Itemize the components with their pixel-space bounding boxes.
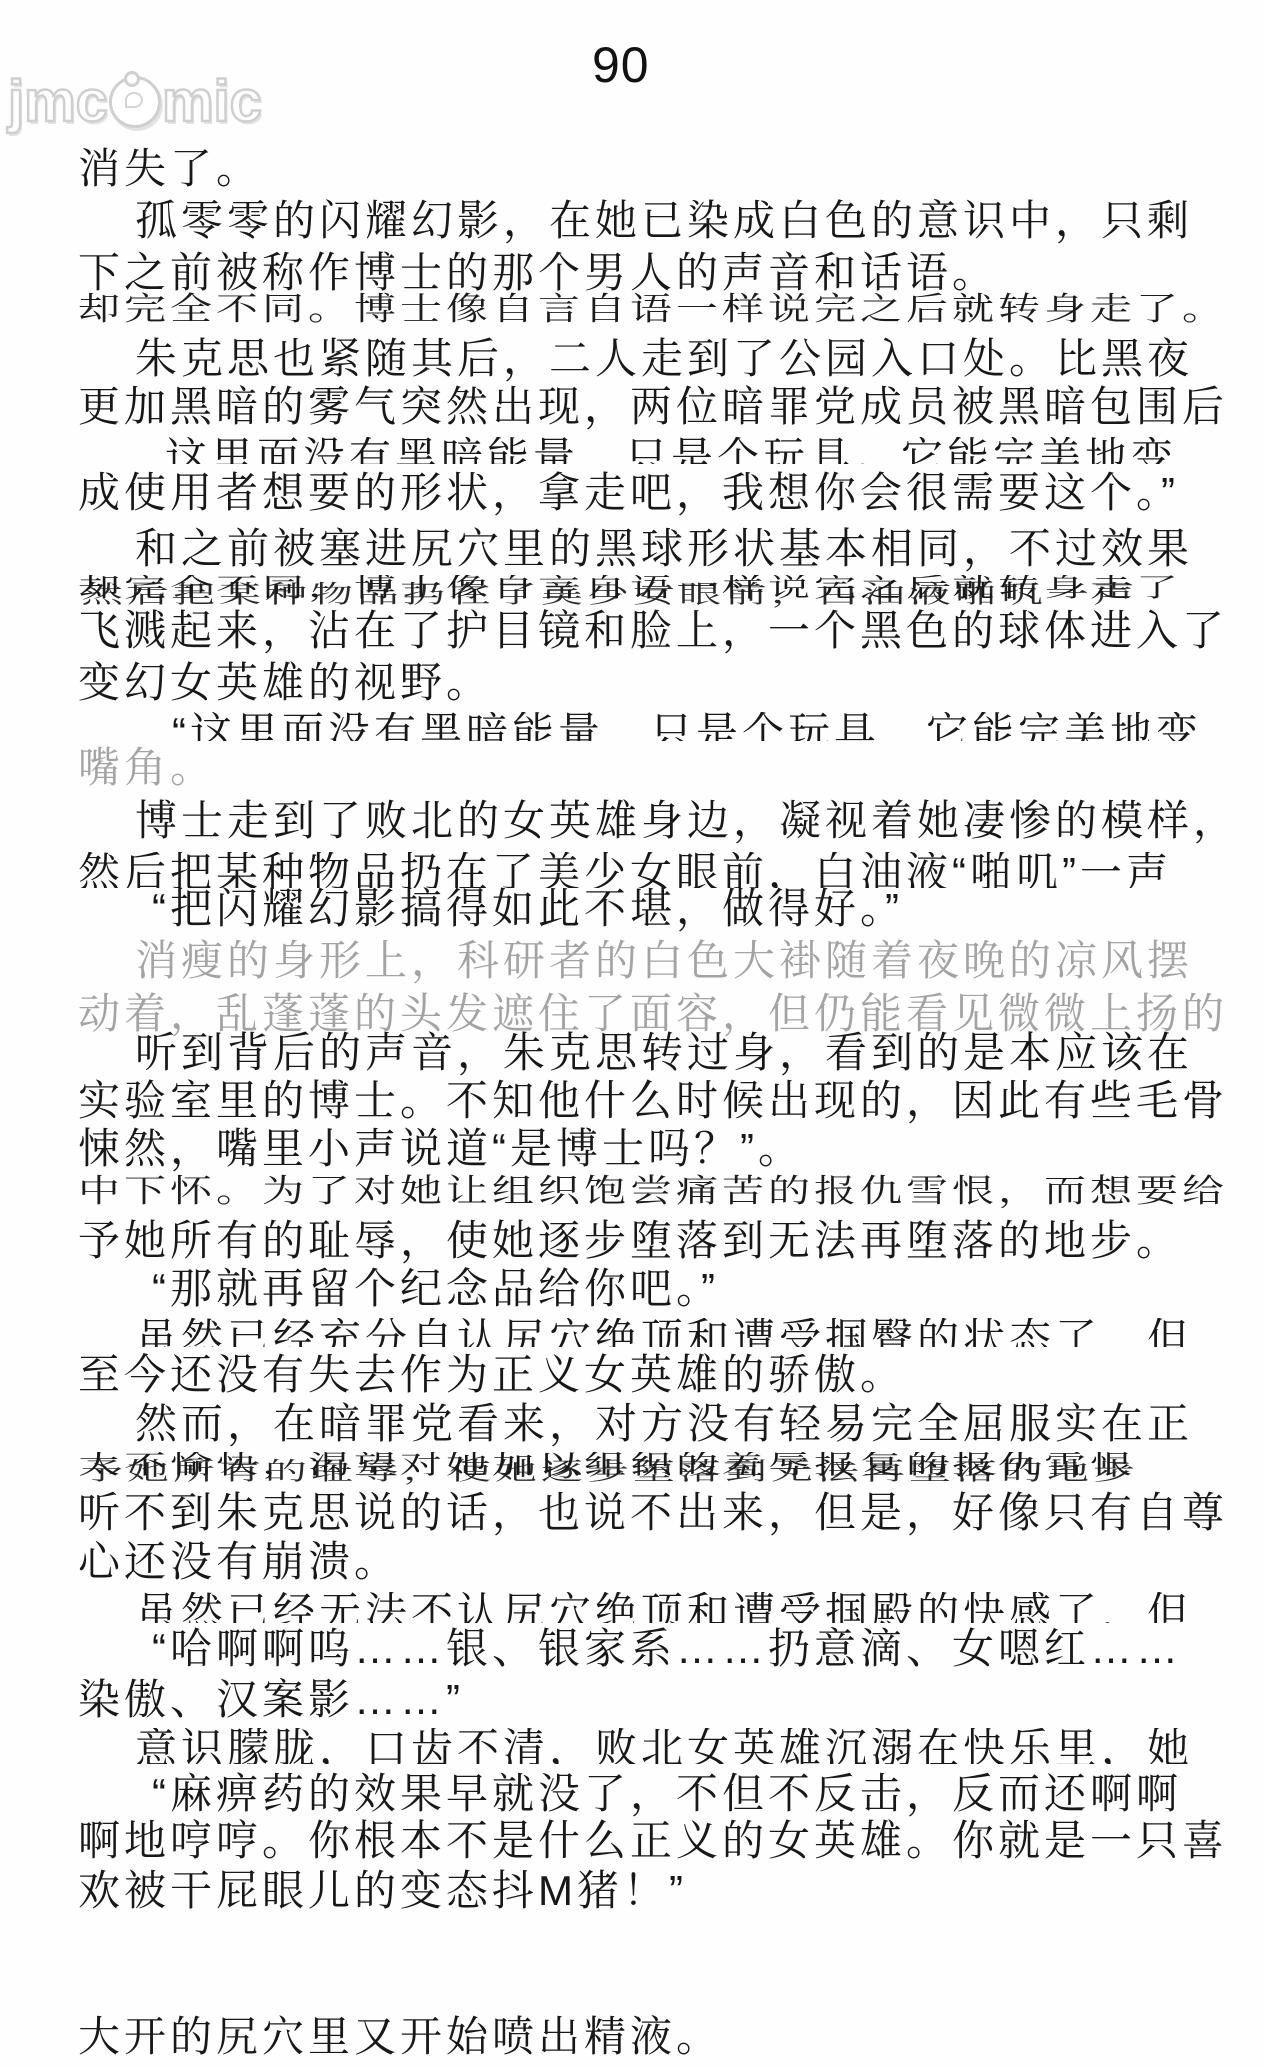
text-line: 虽然已经无法不认尻穴绝顶和遭受掴殿的快感了，但 (135, 1592, 1193, 1623)
text-line: 悚然，嘴里小声说道“是博士吗？”。 (78, 1128, 804, 1170)
text-line-content: 心还没有崩溃。 (78, 1541, 400, 1583)
text-line: 大开的尻穴里又开始喷出精液。 (78, 2016, 722, 2058)
text-line: 听到背后的声音，朱克思转过身，看到的是本应该在 (135, 1032, 1193, 1074)
text-line: 成使用者想要的形状，拿走吧，我想你会很需要这个。” (78, 472, 1179, 514)
text-line-content: 孤零零的闪耀幻影，在她已染成白色的意识中，只剩 (135, 200, 1193, 242)
text-line: 至今还没有失去作为正义女英雄的骄傲。 (78, 1354, 906, 1396)
text-line-content: 虽然已经无法不认尻穴绝顶和遭受掴殿的快感了，但 (135, 1592, 1193, 1623)
text-line-content: 消失了。 (78, 148, 262, 190)
text-line: 孤零零的闪耀幻影，在她已染成白色的意识中，只剩 (135, 200, 1193, 242)
text-line-content: ……“这里面没有黑暗能量，只是个玩具，它能完美地变 (80, 712, 1202, 741)
text-line: 消瘦的身形上，科研者的白色大褂随着夜晚的凉风摆 (135, 940, 1193, 982)
text-line: 意识朦胧，口齿不清，败北女英雄沉溺在快乐里，她 (135, 1728, 1193, 1764)
text-line: 嘴角。 (78, 747, 216, 789)
text-line-ghost: 予她所有的耻辱，使她逐步堕落到无法再堕落的地步 (81, 1459, 1139, 1483)
text-line-content: “那就再留个纪念品给你吧。” (152, 1268, 719, 1310)
text-line: 虽然已经充分自认尻穴绝顶和遭受掴臀的状态了，但 (135, 1318, 1193, 1347)
corrupted-text-line: 却完全不同，博士像自言自语一样说完之后就转身走了然后把某种物品扔在了美少女眼前，… (78, 575, 1203, 608)
text-line-content: 和之前被塞进尻穴里的黑球形状基本相同，不过效果 (135, 528, 1193, 570)
text-line-content: 听不到朱克思说的话，也说不出来，但是，好像只有自尊 (78, 1492, 1228, 1534)
text-line-content: 消瘦的身形上，科研者的白色大褂随着夜晚的凉风摆 (135, 940, 1193, 982)
text-line: 啊地哼哼。你根本不是什么正义的女英雄。你就是一只喜 (78, 1820, 1228, 1862)
text-line-content: 至今还没有失去作为正义女英雄的骄傲。 (78, 1354, 906, 1396)
text-line-content: 大开的尻穴里又开始喷出精液。 (78, 2016, 722, 2058)
text-line-content: “哈啊啊呜……银、银家系……扔意滴、女嗯红…… (152, 1628, 1182, 1670)
text-line: 却完全不同。博士像自言自语一样说完之后就转身走了。 (78, 293, 1228, 325)
text-line: ……“这里面没有黑暗能量，只是个玩具，它能完美地变 (80, 712, 1202, 741)
text-line-content: 虽然已经充分自认尻穴绝顶和遭受掴臀的状态了，但 (135, 1318, 1193, 1347)
text-line: 变幻女英雄的视野。 (78, 662, 492, 704)
text-line: 然后把某种物品扔在了美少女眼前，白油液“啪叽”一声 (78, 852, 1172, 888)
text-line-content: 这里面没有黑暗能量，只是个玩具。它能完美地变 (165, 437, 1177, 464)
text-line: 这里面没有黑暗能量，只是个玩具。它能完美地变 (165, 437, 1177, 464)
text-line: 博士走到了败北的女英雄身边，凝视着她凄惨的模样， (135, 800, 1239, 842)
text-line-content: 却完全不同。博士像自言自语一样说完之后就转身走了。 (78, 293, 1228, 325)
text-line: 中下怀。为了对她让组织饱尝痛苦的报仇雪恨，而想要给 (78, 1175, 1228, 1207)
text-line: “哈啊啊呜……银、银家系……扔意滴、女嗯红…… (152, 1628, 1182, 1670)
text-line-content: 更加黑暗的雾气突然出现，两位暗罪党成员被黑暗包围后 (78, 386, 1228, 428)
watermark-mascot-icon (109, 76, 161, 128)
text-line: 实验室里的博士。不知他什么时候出现的，因此有些毛骨 (78, 1080, 1228, 1122)
text-line-content: 染傲、汉案影……” (78, 1679, 464, 1721)
text-line: 和之前被塞进尻穴里的黑球形状基本相同，不过效果 (135, 528, 1193, 570)
text-line-content: 嘴角。 (78, 747, 216, 789)
text-line-content: 听到背后的声音，朱克思转过身，看到的是本应该在 (135, 1032, 1193, 1074)
text-line: 然而，在暗罪党看来，对方没有轻易完全屈服实在正 (135, 1403, 1193, 1445)
text-line-content: 下之前被称作博士的那个男人的声音和话语。 (78, 252, 998, 294)
page-number: 90 (592, 36, 650, 94)
text-line-content: 变幻女英雄的视野。 (78, 662, 492, 704)
text-line-content: 博士走到了败北的女英雄身边，凝视着她凄惨的模样， (135, 800, 1239, 842)
text-line: 下之前被称作博士的那个男人的声音和话语。 (78, 252, 998, 294)
watermark-text-left: jmc (8, 69, 108, 134)
text-line: “麻痹药的效果早就没了，不但不反击，反而还啊啊 (152, 1773, 1182, 1815)
text-line-content: “麻痹药的效果早就没了，不但不反击，反而还啊啊 (152, 1773, 1182, 1815)
text-line-content: 意识朦胧，口齿不清，败北女英雄沉溺在快乐里，她 (135, 1728, 1193, 1764)
text-line-content: 欢被干屁眼儿的变态抖M猪！” (78, 1870, 687, 1912)
text-line-content: 悚然，嘴里小声说道“是博士吗？”。 (78, 1128, 804, 1170)
text-line: 欢被干屁眼儿的变态抖M猪！” (78, 1870, 687, 1912)
text-line-content: 朱克思也紧随其后，二人走到了公园入口处。比黑夜 (135, 338, 1193, 380)
text-line-ghost: 然后把某种物品扔在了美少女眼前，白油液啪叽一声 (81, 582, 1139, 606)
corrupted-text-line: 太不愉快，渴望对她加以组织的羞辱报复的报仇雪恨予她所有的耻辱，使她逐步堕落到无法… (78, 1452, 1203, 1485)
text-line: 予她所有的耻辱，使她逐步堕落到无法再堕落的地步。 (78, 1220, 1182, 1262)
text-line: 心还没有崩溃。 (78, 1541, 400, 1583)
text-line-content: 予她所有的耻辱，使她逐步堕落到无法再堕落的地步。 (78, 1220, 1182, 1262)
text-line: “把闪耀幻影搞得如此不堪，做得好。” (152, 888, 903, 930)
text-line-content: 然而，在暗罪党看来，对方没有轻易完全屈服实在正 (135, 1403, 1193, 1445)
text-line: 朱克思也紧随其后，二人走到了公园入口处。比黑夜 (135, 338, 1193, 380)
text-line: 飞溅起来，沾在了护目镜和脸上，一个黑色的球体进入了 (78, 610, 1228, 652)
watermark-logo: jmcmic (8, 64, 262, 135)
text-line: 听不到朱克思说的话，也说不出来，但是，好像只有自尊 (78, 1492, 1228, 1534)
watermark-text-right: mic (162, 69, 262, 134)
text-line-content: 然后把某种物品扔在了美少女眼前，白油液“啪叽”一声 (78, 852, 1172, 888)
text-line-content: “把闪耀幻影搞得如此不堪，做得好。” (152, 888, 903, 930)
text-line-content: 飞溅起来，沾在了护目镜和脸上，一个黑色的球体进入了 (78, 610, 1228, 652)
text-line-content: 成使用者想要的形状，拿走吧，我想你会很需要这个。” (78, 472, 1179, 514)
text-line: “那就再留个纪念品给你吧。” (152, 1268, 719, 1310)
text-line-content: 中下怀。为了对她让组织饱尝痛苦的报仇雪恨，而想要给 (78, 1175, 1228, 1207)
text-line: 染傲、汉案影……” (78, 1679, 464, 1721)
text-line: 更加黑暗的雾气突然出现，两位暗罪党成员被黑暗包围后 (78, 386, 1228, 428)
text-line-content: 啊地哼哼。你根本不是什么正义的女英雄。你就是一只喜 (78, 1820, 1228, 1862)
text-line-content: 实验室里的博士。不知他什么时候出现的，因此有些毛骨 (78, 1080, 1228, 1122)
document-page: jmcmic 90 消失了。孤零零的闪耀幻影，在她已染成白色的意识中，只剩下之前… (0, 0, 1264, 2067)
text-line: 消失了。 (78, 148, 262, 190)
